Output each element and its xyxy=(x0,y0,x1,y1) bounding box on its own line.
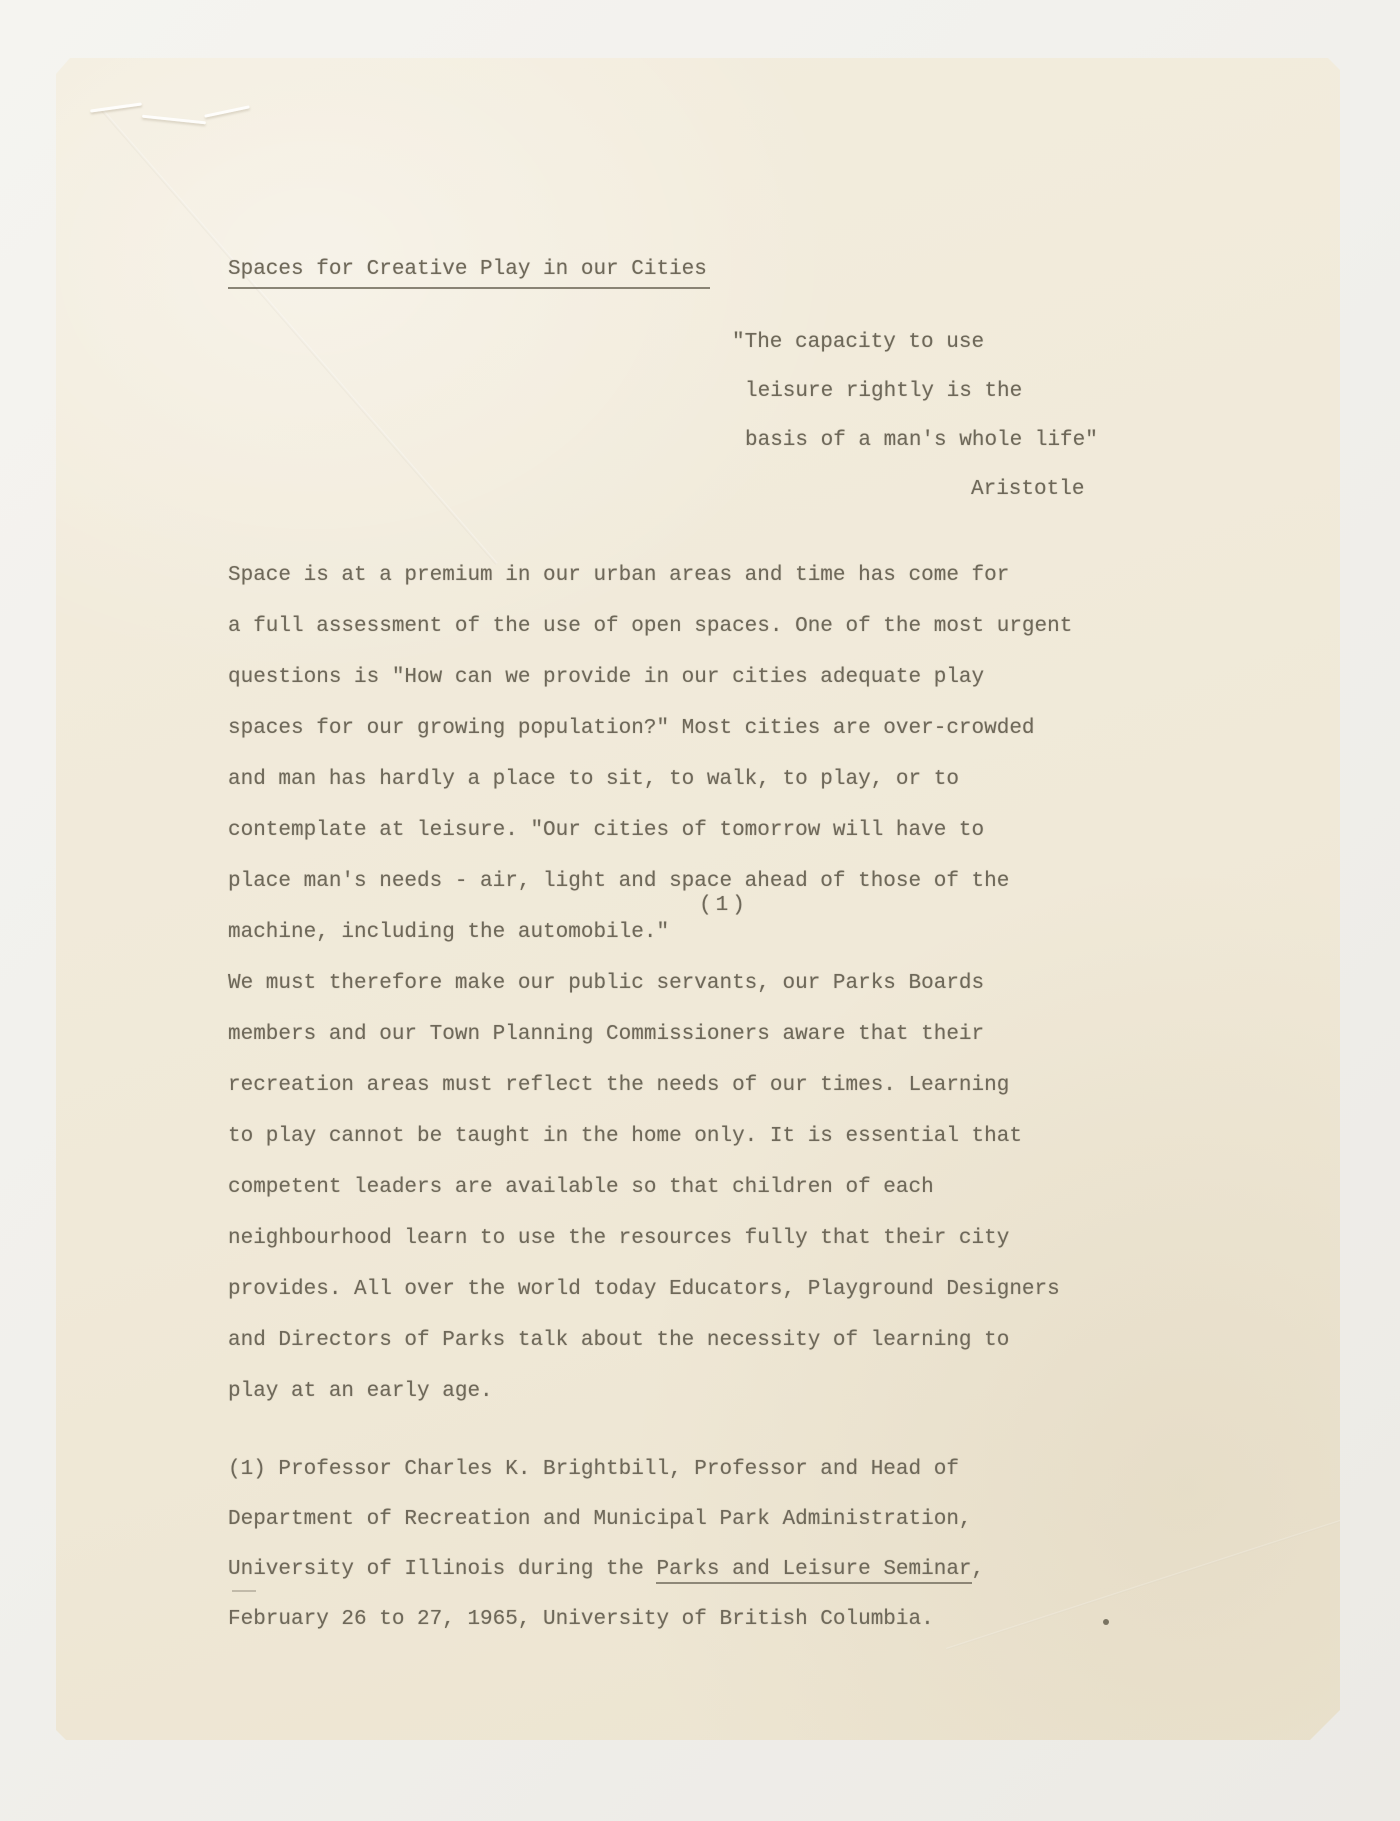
body-line: and man has hardly a place to sit, to wa… xyxy=(228,754,1072,805)
epigraph-line: basis of a man's whole life" xyxy=(732,416,1098,465)
footnote-line-text: , xyxy=(972,1558,985,1581)
underlined-seminar-title: Parks and Leisure Seminar xyxy=(656,1558,971,1584)
fold-crease-top-left xyxy=(102,110,498,565)
ink-speck xyxy=(1103,1619,1109,1625)
body-line: Space is at a premium in our urban areas… xyxy=(228,550,1072,601)
body-line: contemplate at leisure. "Our cities of t… xyxy=(228,805,1072,856)
body-line: play at an early age. xyxy=(228,1366,1072,1417)
staple-mark xyxy=(142,115,206,125)
body-line: place man's needs - air, light and space… xyxy=(228,856,1072,907)
footnote-line: Department of Recreation and Municipal P… xyxy=(228,1495,984,1545)
body-line: recreation areas must reflect the needs … xyxy=(228,1060,1072,1111)
footnote-line: February 26 to 27, 1965, University of B… xyxy=(228,1595,984,1645)
body-line: competent leaders are available so that … xyxy=(228,1162,1072,1213)
body-line: and Directors of Parks talk about the ne… xyxy=(228,1315,1072,1366)
footnote-line-text: University of Illinois during the xyxy=(228,1558,656,1581)
body-line: We must therefore make our public servan… xyxy=(228,958,1072,1009)
document-title: Spaces for Creative Play in our Cities xyxy=(228,255,710,289)
body-line: provides. All over the world today Educa… xyxy=(228,1264,1072,1315)
document-page: Spaces for Creative Play in our Cities "… xyxy=(56,58,1340,1740)
stray-pencil-mark xyxy=(232,1590,256,1592)
footnote-reference: (1) xyxy=(699,894,749,917)
staple-mark xyxy=(204,105,250,117)
epigraph-quote: "The capacity to use leisure rightly is … xyxy=(732,318,1098,514)
body-text: Space is at a premium in our urban areas… xyxy=(228,550,1072,1417)
body-line-text: machine, including the automobile." xyxy=(228,921,669,944)
epigraph-attribution: Aristotle xyxy=(732,465,1098,514)
body-line: spaces for our growing population?" Most… xyxy=(228,703,1072,754)
footnote-line: University of Illinois during the Parks … xyxy=(228,1545,984,1595)
epigraph-line: leisure rightly is the xyxy=(732,367,1098,416)
epigraph-line: "The capacity to use xyxy=(732,318,1098,367)
body-line: members and our Town Planning Commission… xyxy=(228,1009,1072,1060)
body-line: questions is "How can we provide in our … xyxy=(228,652,1072,703)
body-line: to play cannot be taught in the home onl… xyxy=(228,1111,1072,1162)
staple-mark xyxy=(90,102,142,112)
footnote: (1) Professor Charles K. Brightbill, Pro… xyxy=(228,1445,984,1645)
scan-background: Spaces for Creative Play in our Cities "… xyxy=(0,0,1400,1821)
body-line: a full assessment of the use of open spa… xyxy=(228,601,1072,652)
body-line: machine, including the automobile."(1) xyxy=(228,907,1072,958)
footnote-line: (1) Professor Charles K. Brightbill, Pro… xyxy=(228,1445,984,1495)
body-line: neighbourhood learn to use the resources… xyxy=(228,1213,1072,1264)
fold-crease-bottom-right xyxy=(946,1506,1384,1650)
